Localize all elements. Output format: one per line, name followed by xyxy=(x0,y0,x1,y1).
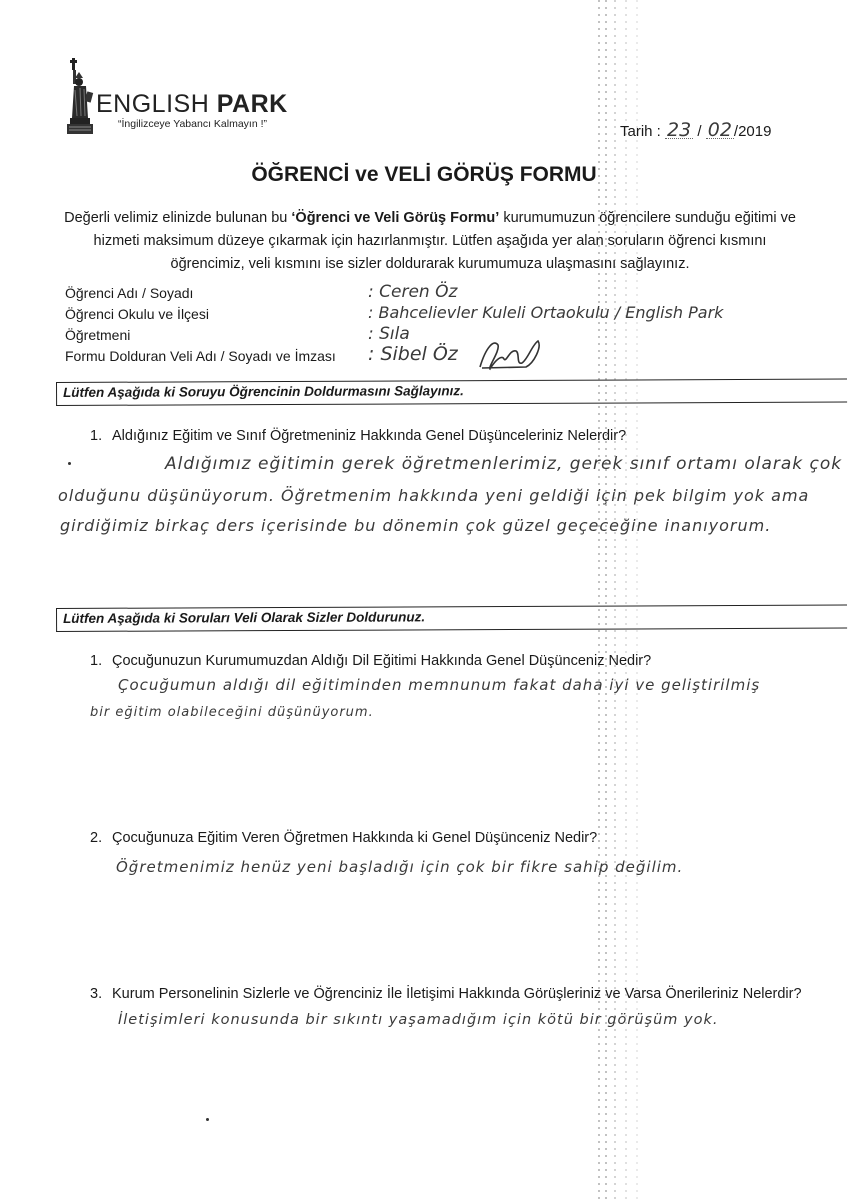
form-name: ‘Öğrenci ve Veli Görüş Formu’ xyxy=(291,210,499,226)
school-label: Öğrenci Okulu ve İlçesi xyxy=(65,306,209,322)
brand-tagline: “İngilizceye Yabancı Kalmayın !” xyxy=(118,118,267,130)
school-value[interactable]: : Bahcelievler Kuleli Ortaokulu / Englis… xyxy=(368,303,723,322)
date-field: Tarih : 23 / 02/2019 xyxy=(620,122,771,140)
stray-mark xyxy=(206,1118,209,1121)
parent-answer-1-line-1[interactable]: Çocuğumun aldığı dil eğitiminden memnunu… xyxy=(118,676,760,694)
parent-answer-2[interactable]: Öğretmenimiz henüz yeni başladığı için ç… xyxy=(116,858,683,876)
teacher-label: Öğretmeni xyxy=(65,327,130,343)
parent-question-1: 1.Çocuğunuzun Kurumumuzdan Aldığı Dil Eğ… xyxy=(90,653,651,669)
date-label: Tarih : xyxy=(620,123,661,140)
student-name-label: Öğrenci Adı / Soyadı xyxy=(65,285,193,301)
parent-value[interactable]: : Sibel Öz xyxy=(368,343,458,365)
teacher-value[interactable]: : Sıla xyxy=(368,324,410,344)
stray-mark xyxy=(68,462,71,465)
parent-question-3: 3.Kurum Personelinin Sizlerle ve Öğrenci… xyxy=(90,986,802,1002)
statue-of-liberty-icon xyxy=(62,58,96,136)
parent-question-2: 2.Çocuğunuza Eğitim Veren Öğretmen Hakkı… xyxy=(90,830,597,846)
student-section-header: Lütfen Aşağıda ki Soruyu Öğrencinin Dold… xyxy=(56,379,847,406)
parent-answer-3[interactable]: İletişimleri konusunda bir sıkıntı yaşam… xyxy=(118,1012,718,1028)
page-title: ÖĞRENCİ ve VELİ GÖRÜŞ FORMU xyxy=(0,163,848,187)
date-day[interactable]: 23 xyxy=(665,122,693,139)
date-month[interactable]: 02 xyxy=(706,122,734,139)
student-answer-1-line-2[interactable]: olduğunu düşünüyorum. Öğretmenim hakkınd… xyxy=(58,486,809,505)
date-year: /2019 xyxy=(734,123,772,140)
brand-name: ENGLISH PARK xyxy=(96,90,288,119)
parent-label: Formu Dolduran Veli Adı / Soyadı ve İmza… xyxy=(65,348,336,364)
parent-answer-1-line-2[interactable]: bir eğitim olabileceğini düşünüyorum. xyxy=(90,705,374,720)
student-answer-1-line-3[interactable]: girdiğimiz birkaç ders içerisinde bu dön… xyxy=(60,516,771,535)
student-answer-1-line-1[interactable]: Aldığımız eğitimin gerek öğretmenlerimiz… xyxy=(165,454,848,474)
intro-paragraph: Değerli velimiz elinizde bulunan bu ‘Öğr… xyxy=(60,207,800,276)
student-name-value[interactable]: : Ceren Öz xyxy=(368,282,457,302)
date-separator: / xyxy=(697,123,701,140)
parent-section-header: Lütfen Aşağıda ki Soruları Veli Olarak S… xyxy=(56,605,847,632)
signature-mark xyxy=(476,337,546,373)
student-question-1: 1.Aldığınız Eğitim ve Sınıf Öğretmeniniz… xyxy=(90,428,626,444)
